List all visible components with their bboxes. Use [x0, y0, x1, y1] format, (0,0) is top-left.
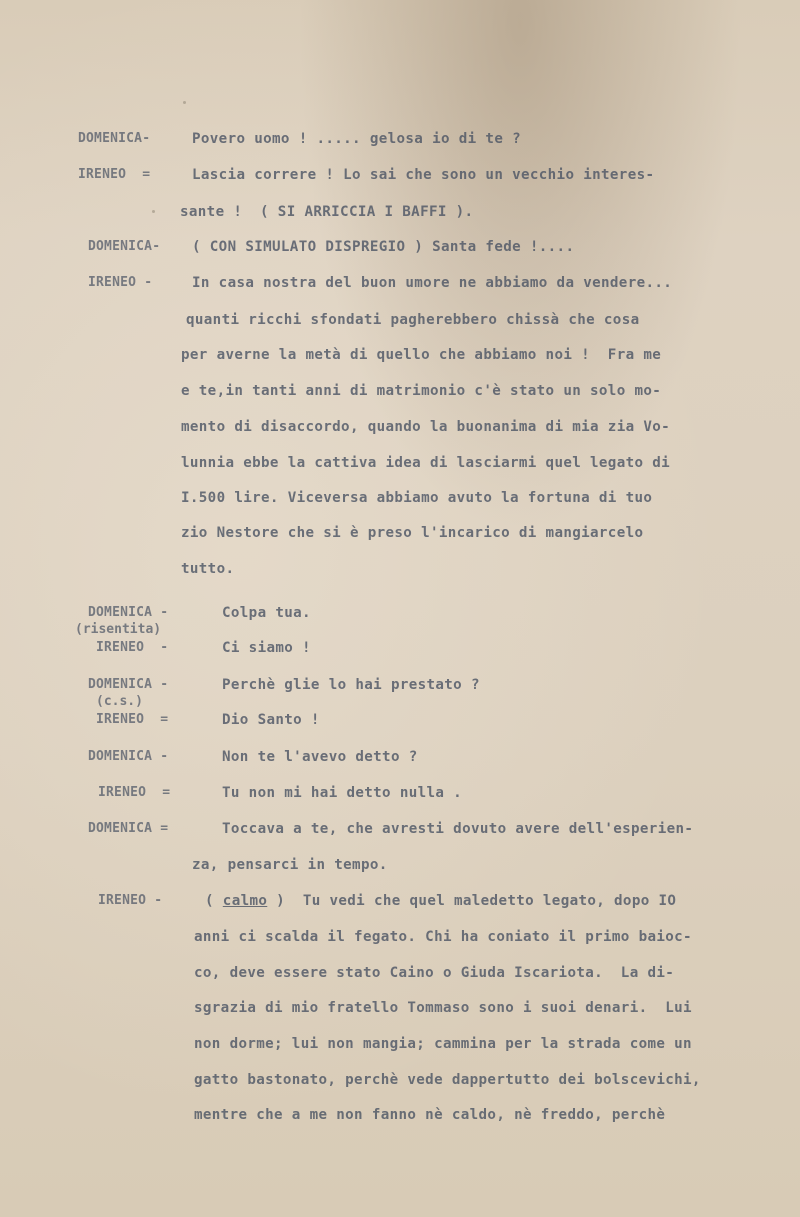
dialogue-line: non dorme; lui non mangia; cammina per l…: [194, 1035, 692, 1053]
speaker-domenica: DOMENICA =: [88, 821, 168, 837]
stage-direction-calmo: calmo: [223, 893, 267, 909]
dialogue-line: Povero uomo ! ..... gelosa io di te ?: [192, 130, 521, 148]
speaker-ireneo: IRENEO =: [96, 712, 168, 728]
dialogue-line: I.500 lire. Viceversa abbiamo avuto la f…: [181, 489, 652, 507]
dialogue-line: In casa nostra del buon umore ne abbiamo…: [192, 274, 672, 292]
dialogue-line: e te,in tanti anni di matrimonio c'è sta…: [181, 382, 661, 400]
speaker-ireneo: IRENEO -: [88, 275, 152, 291]
dialogue-line: lunnia ebbe la cattiva idea di lasciarmi…: [181, 454, 670, 472]
dialogue-line: sante ! ( SI ARRICCIA I BAFFI ).: [180, 203, 473, 221]
dialogue-line: gatto bastonato, perchè vede dappertutto…: [194, 1071, 701, 1089]
dialogue-line: Dio Santo !: [222, 711, 320, 729]
paper-speck: [152, 210, 155, 213]
dialogue-line: co, deve essere stato Caino o Giuda Isca…: [194, 964, 674, 982]
speaker-ireneo: IRENEO =: [78, 167, 150, 183]
dialogue-line: Ci siamo !: [222, 639, 311, 657]
dialogue-line: tutto.: [181, 560, 234, 578]
speaker-ireneo: IRENEO -: [98, 893, 162, 909]
speaker-ireneo: IRENEO -: [96, 640, 168, 656]
paper-speck: [183, 101, 186, 104]
dialogue-line: anni ci scalda il fegato. Chi ha coniato…: [194, 928, 692, 946]
dialogue-line: Non te l'avevo detto ?: [222, 748, 418, 766]
speaker-domenica: DOMENICA -: [88, 605, 168, 621]
dialogue-line: zio Nestore che si è preso l'incarico di…: [181, 524, 643, 542]
dialogue-line: Colpa tua.: [222, 604, 311, 622]
dialogue-line: mentre che a me non fanno nè caldo, nè f…: [194, 1106, 665, 1124]
dialogue-line: per averne la metà di quello che abbiamo…: [181, 346, 661, 364]
script-page: DOMENICA- Povero uomo ! ..... gelosa io …: [0, 0, 800, 1217]
dialogue-line: Lascia correre ! Lo sai che sono un vecc…: [192, 166, 654, 184]
dialogue-line: quanti ricchi sfondati pagherebbero chis…: [186, 311, 639, 329]
dialogue-line: za, pensarci in tempo.: [192, 856, 388, 874]
dialogue-line: mento di disaccordo, quando la buonanima…: [181, 418, 670, 436]
dialogue-line: ( CON SIMULATO DISPREGIO ) Santa fede !.…: [192, 238, 574, 256]
speaker-domenica: DOMENICA-: [88, 239, 160, 255]
dialogue-line: Perchè glie lo hai prestato ?: [222, 676, 480, 694]
speaker-domenica: DOMENICA -: [88, 677, 168, 693]
dialogue-line: Tu non mi hai detto nulla .: [222, 784, 462, 802]
dialogue-line: sgrazia di mio fratello Tommaso sono i s…: [194, 999, 692, 1017]
stage-note: (c.s.): [96, 694, 143, 710]
speaker-domenica: DOMENICA-: [78, 131, 150, 147]
speaker-ireneo: IRENEO =: [98, 785, 170, 801]
stage-note: (risentita): [75, 622, 161, 638]
dialogue-line: ( calmo ) Tu vedi che quel maledetto leg…: [205, 892, 676, 910]
dialogue-line: Toccava a te, che avresti dovuto avere d…: [222, 820, 693, 838]
speaker-domenica: DOMENICA -: [88, 749, 168, 765]
